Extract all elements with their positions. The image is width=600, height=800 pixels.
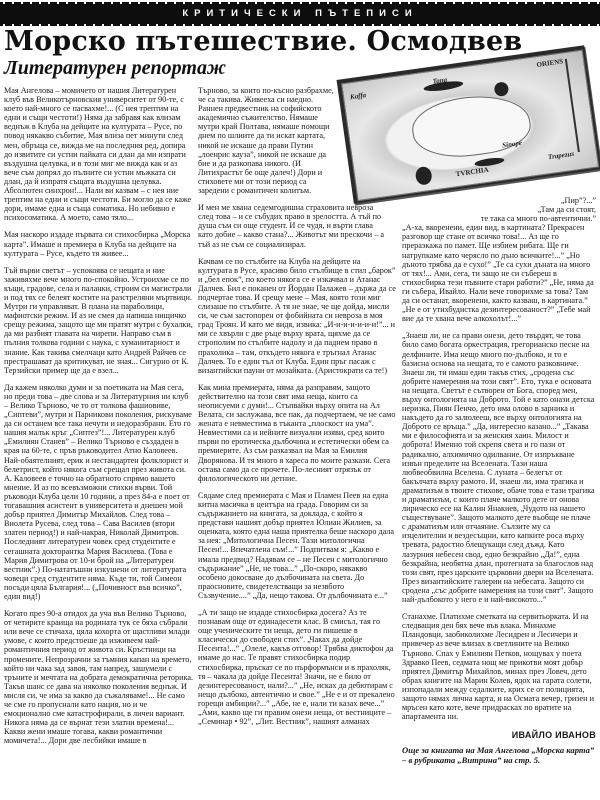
map-decoration — [493, 81, 509, 97]
map-frame-border — [565, 57, 592, 152]
author-signature: ИВАЙЛО ИВАНОВ — [402, 731, 596, 740]
paragraph: Тъй върви светът – успокоява се нещата и… — [4, 266, 194, 375]
paragraph: Когато през 90-а отидох да уча във Велик… — [4, 609, 194, 745]
paragraph: „Знаеш ли, не са прави онези, дето твърд… — [402, 331, 596, 604]
column-middle: Търново, за които по-късно разбрахме, че… — [198, 86, 396, 798]
dialog-line: „Там да си стоят, — [402, 205, 596, 214]
footnote: Още за книгата на Мая Ангелова „Морска к… — [402, 746, 596, 765]
paragraph: И мен ме хвана седемгодишна страховита н… — [198, 203, 388, 248]
paragraph: „А ти защо не издаде стихосбирка досега?… — [198, 608, 396, 726]
map-decoration — [474, 156, 505, 167]
dialog-opening: „Пир”?...” „Там да си стоят, те така са … — [402, 196, 596, 223]
paragraph: Да кажем няколко думи и за поетиката на … — [4, 383, 194, 601]
paragraph: Качвам се по стълбите на Клуба на дейцит… — [198, 257, 396, 375]
article-title: Морско пътешествие. Осмодвев — [4, 27, 522, 57]
paragraph: Как мина премиерата, няма да разправям, … — [198, 383, 396, 483]
paragraph: Сядаме след премиерата с Мая и Пламен Пе… — [198, 491, 396, 600]
article-subtitle: Литературен репортаж — [4, 56, 226, 80]
map-label: ORIENS — [536, 57, 564, 69]
paragraph: Мая наскоро издаде първата си стихосбирк… — [4, 230, 194, 257]
column-left: Мая Ангелова – момичето от нашия Литерат… — [4, 86, 194, 798]
paragraph: Станахме. Платихме сметката на сервитьор… — [402, 612, 596, 721]
paragraph: „А-ха, вкоренени, един вид, в картината?… — [402, 223, 596, 323]
map-decoration — [423, 79, 464, 92]
map-label: Trapezus — [548, 150, 575, 162]
section-rubric: КРИТИЧЕСКИ ПЪТЕПИСИ — [0, 4, 600, 24]
dialog-line: „Пир”?...” — [402, 196, 596, 205]
column-right: „Пир”?...” „Там да си стоят, те така са … — [402, 196, 596, 798]
map-label: Sinope — [502, 139, 523, 150]
map-decoration — [415, 166, 433, 186]
paragraph: Мая Ангелова – момичето от нашия Литерат… — [4, 86, 194, 222]
map-label: TVRCHIA — [455, 166, 489, 179]
dialog-line: те така са много по-автентични.” — [402, 214, 596, 223]
map-sea-shape — [409, 89, 534, 163]
paragraph: Търново, за които по-късно разбрахме, че… — [198, 86, 338, 195]
